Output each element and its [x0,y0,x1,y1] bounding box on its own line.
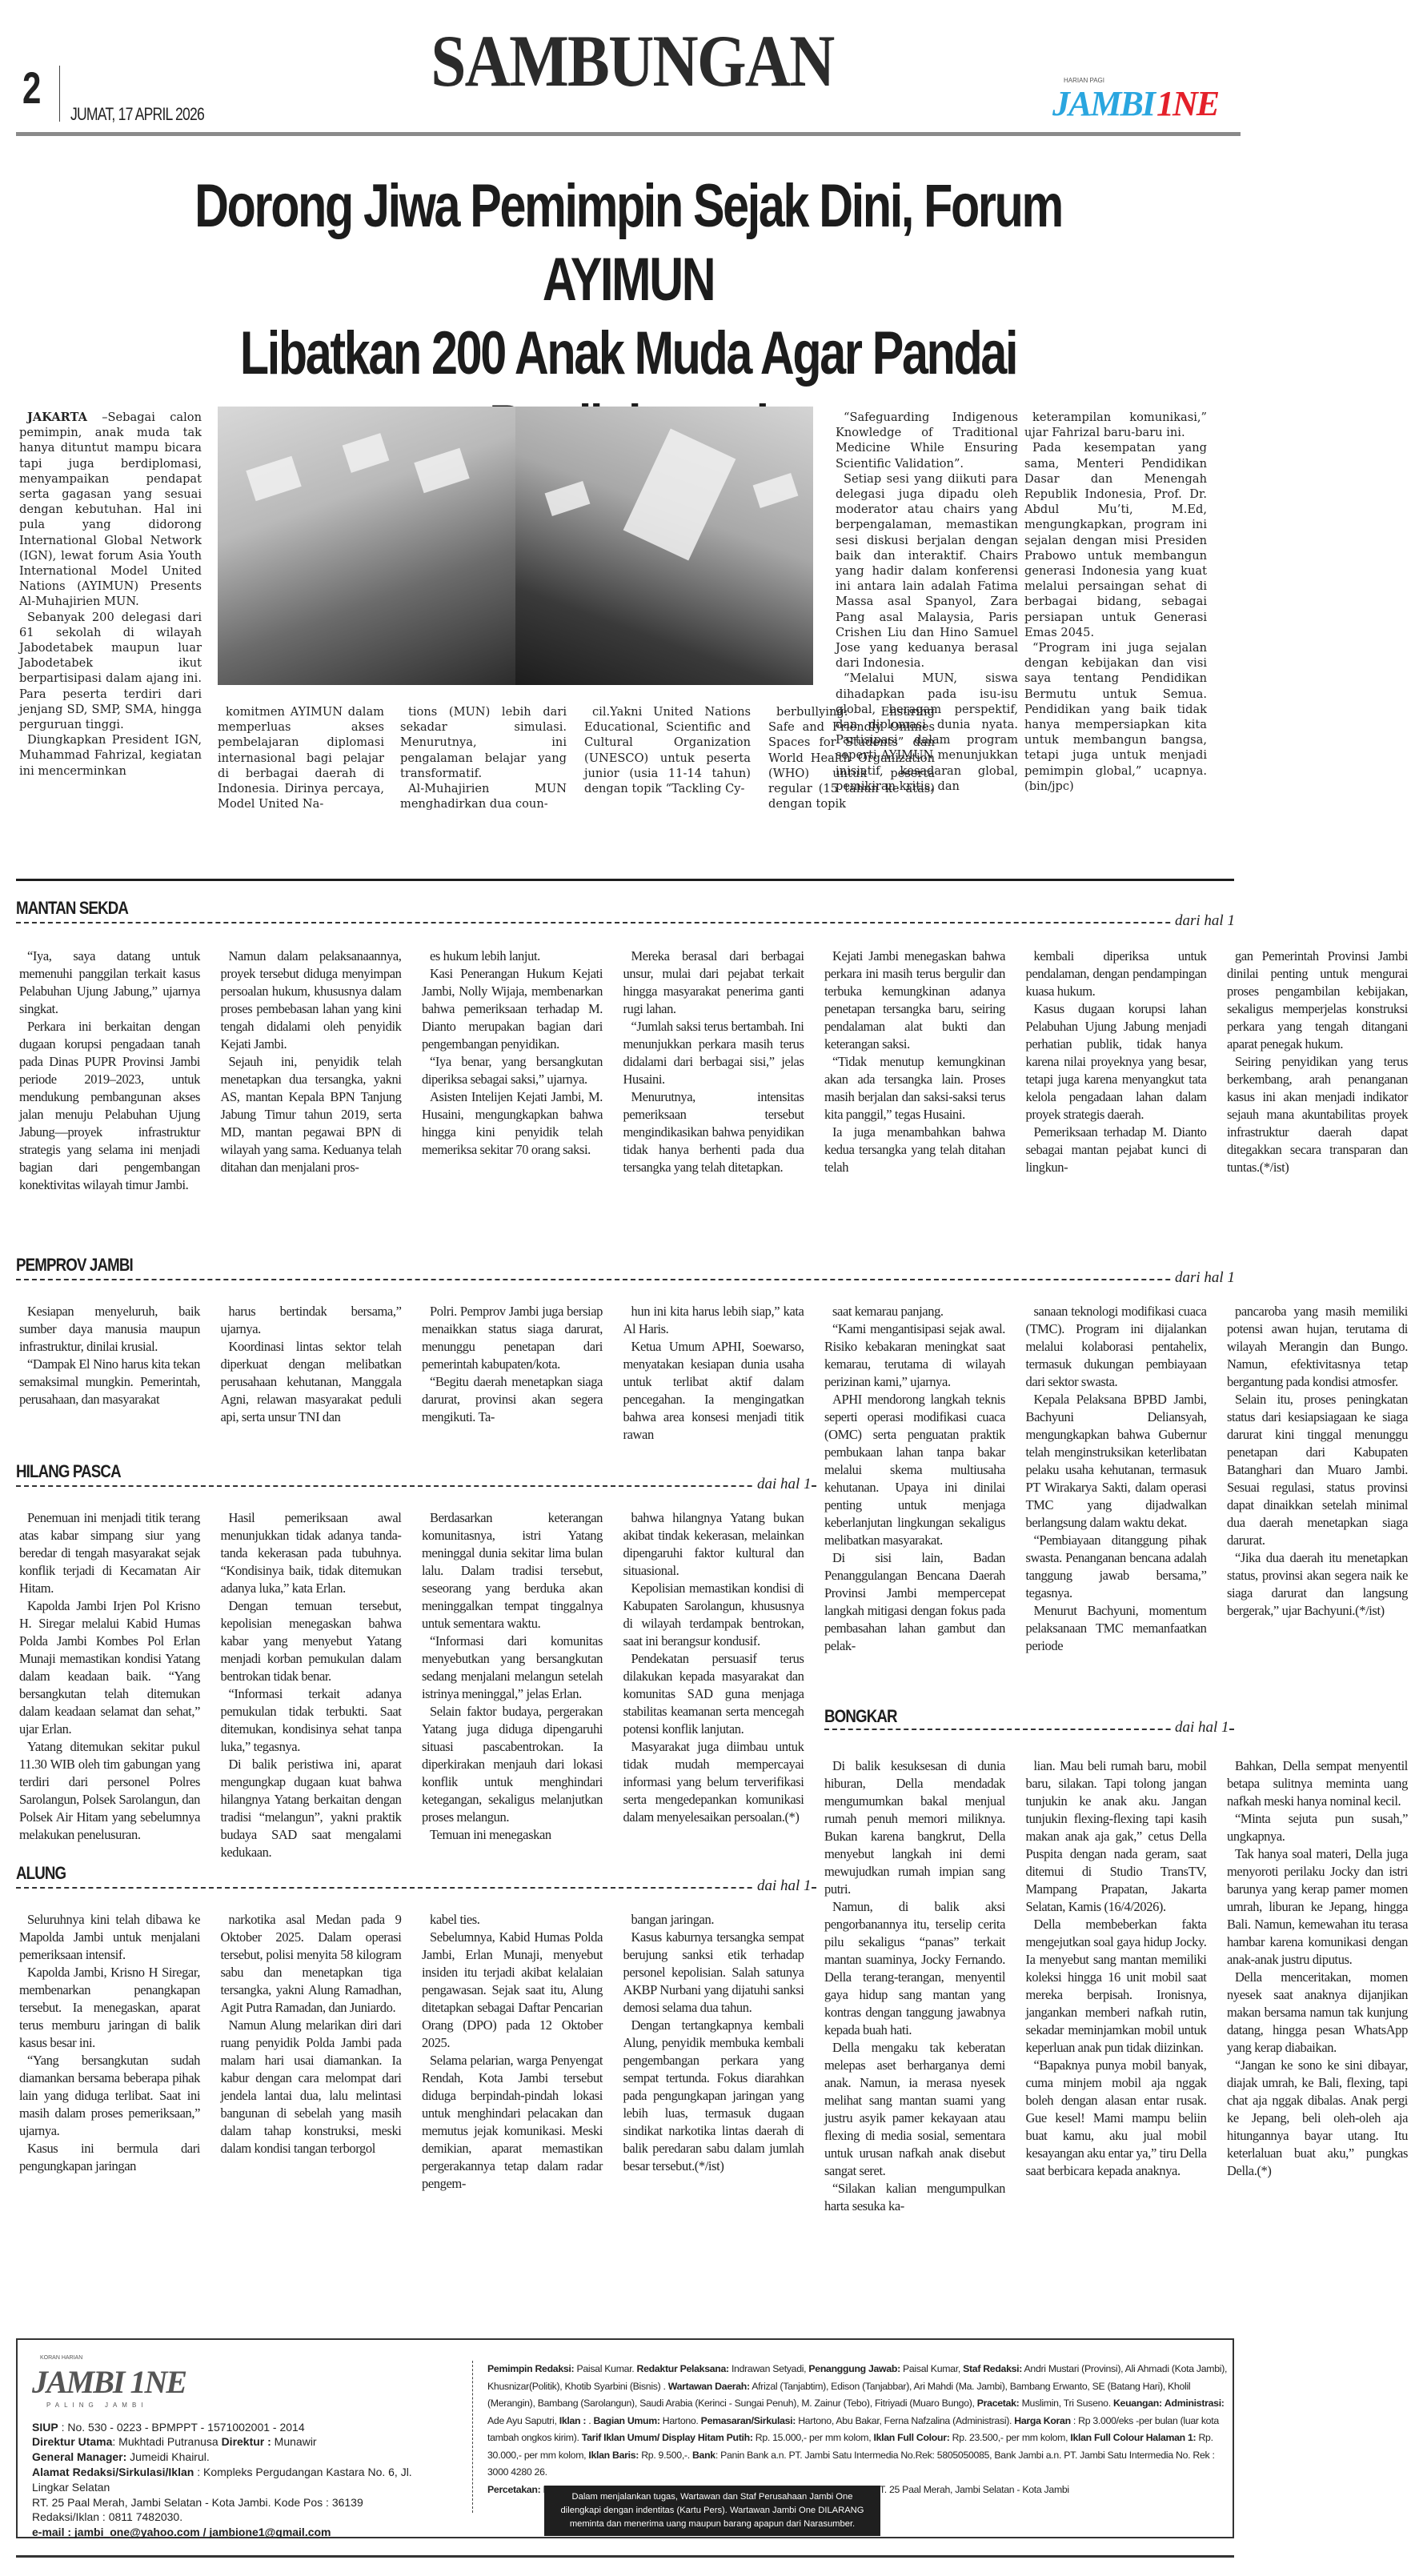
hilang-pasca-divider [16,1485,816,1487]
paragraph: Pada kesempatan yang sama, Menteri Pendi… [1024,440,1207,640]
paragraph: Setiap sesi yang diikuti para delegasi j… [836,471,1018,671]
paragraph: Temuan ini menegaskan [422,1826,603,1844]
mantan-sekda-column-7: gan Pemerintah Provinsi Jambi dinilai pe… [1227,947,1408,1176]
paragraph: Selain itu, proses peningkatan status da… [1227,1391,1408,1549]
paragraph: “Jika dua daerah itu menetapkan status, … [1227,1549,1408,1620]
press-notice: Dalam menjalankan tugas, Wartawan dan St… [544,2486,880,2536]
paragraph: “Kami mengantisipasi sejak awal. Risiko … [824,1320,1005,1391]
hilang-pasca-column-4: bahwa hilangnya Yatang bukan akibat tind… [623,1509,804,1826]
imprint-label: Redaktur Pelaksana: [637,2363,729,2374]
paragraph: hun ini kita harus lebih siap,” kata Al … [623,1303,804,1338]
paragraph: Yatang ditemukan sekitar pukul 11.30 WIB… [19,1738,200,1844]
paragraph: Pendekatan persuasif terus dilakukan kep… [623,1650,804,1738]
paragraph: “Informasi dari komunitas menyebutkan ya… [422,1633,603,1703]
paragraph: saat kemarau panjang. [824,1303,1005,1320]
imprint-label: Tarif Iklan Umum/ Display Hitam Putih: [582,2432,753,2443]
imprint-value: Hartono, Abu Bakar, Ferna Nafzalina (Adm… [796,2415,1014,2426]
article-column-1: JAKARTA –Sebagai calon pemimpin, anak mu… [19,410,202,779]
paragraph: “Bapaknya punya mobil banyak, cuma minje… [1026,2057,1207,2180]
paragraph: Seiring penyidikan yang terus berkembang… [1227,1053,1408,1176]
paragraph: Asisten Intelijen Kejati Jambi, M. Husai… [422,1088,603,1159]
paragraph: Kepolisian memastikan kondisi di Kabupat… [623,1580,804,1650]
paragraph: Kasus kaburnya tersangka sempat berujung… [623,1929,804,2017]
paragraph: Kejati Jambi menegaskan bahwa perkara in… [824,947,1005,1053]
paragraph: harus bertindak bersama,” ujarnya. [221,1303,402,1338]
paragraph: JAKARTA –Sebagai calon pemimpin, anak mu… [19,410,202,610]
paragraph: “Jangan ke sono ke sini dibayar, diajak … [1227,2057,1408,2180]
pemprov-jambi-continued-from: dari hal 1 [1172,1269,1235,1287]
article-column-6: “Safeguarding Indigenous Knowledge of Tr… [836,410,1018,794]
paragraph: Kasus ini bermula dari pengungkapan jari… [19,2140,200,2175]
paragraph: Diungkapkan President IGN, Muhammad Fahr… [19,732,202,779]
masthead-divider [59,66,60,122]
mantan-sekda-continued-from: dari hal 1 [1172,912,1235,930]
alung-column-1: Seluruhnya kini telah dibawa ke Mapolda … [19,1911,200,2175]
paragraph: Kepala Pelaksana BPBD Jambi, Bachyuni De… [1026,1391,1207,1532]
imprint-label: Pracetak: [977,2398,1020,2409]
section-title: SAMBUNGAN [426,24,839,98]
paragraph: Seluruhnya kini telah dibawa ke Mapolda … [19,1911,200,1964]
paragraph: “Begitu daerah menetapkan siaga darurat,… [422,1373,603,1426]
paragraph: sanaan teknologi modifikasi cuaca (TMC).… [1026,1303,1207,1391]
paragraph: “Minta sejuta pun susah,” ungkapnya. [1227,1810,1408,1845]
hilang-pasca-column-2: Hasil pemeriksaan awal menunjukkan tidak… [221,1509,402,1861]
imprint-value: Paisal Kumar. [574,2363,636,2374]
imprint-line: SIUP : No. 530 - 0223 - BPMPPT - 1571002… [32,2420,432,2435]
imprint-left: KORAN HARIAN JAMBI 1NE PALING JAMBI SIUP… [32,2351,432,2540]
paragraph: narkotika asal Medan pada 9 Oktober 2025… [221,1911,402,2017]
article-photo-left [218,407,515,685]
bongkar-continued-from: dai hal 1 [1172,1719,1229,1737]
imprint-value: Rp. 15.000,- per mm kolom, [753,2432,874,2443]
mantan-sekda-title: MANTAN SEKDA [16,898,128,919]
article-column-7: keterampilan komunikasi,” ujar Fahrizal … [1024,410,1207,794]
paragraph: Sejauh ini, penyidik telah menetapkan du… [221,1053,402,1176]
mantan-sekda-column-6: kembali diperiksa untuk pendalaman, deng… [1026,947,1207,1176]
alung-title: ALUNG [16,1863,66,1884]
imprint-line: General Manager: Jumeidi Khairul. [32,2450,432,2465]
mantan-sekda-column-5: Kejati Jambi menegaskan bahwa perkara in… [824,947,1005,1176]
article-column-3: tions (MUN) lebih dari sekadar simulasi.… [400,704,567,811]
page-number: 2 [22,66,41,110]
imprint-label: Iklan Full Colour Halaman 1: [1070,2432,1196,2443]
article-column-4: cil.Yakni United Nations Educational, Sc… [584,704,751,796]
issue-date: JUMAT, 17 APRIL 2026 [70,104,204,125]
paragraph: Hasil pemeriksaan awal menunjukkan tidak… [221,1509,402,1597]
paragraph: Koordinasi lintas sektor telah diperkuat… [221,1338,402,1426]
hilang-pasca-column-3: Berdasarkan keterangan komunitasnya, ist… [422,1509,603,1844]
imprint-line: e-mail : jambi_one@yahoo.com / jambione1… [32,2525,432,2540]
pemprov-jambi-column-3: Polri. Pemprov Jambi juga bersiap menaik… [422,1303,603,1426]
imprint-label: Wartawan Daerah: [668,2381,750,2392]
paragraph: Kapolda Jambi Irjen Pol Krisno H. Sirega… [19,1597,200,1738]
paragraph: “Iya, saya datang untuk memenuhi panggil… [19,947,200,1018]
paragraph: gan Pemerintah Provinsi Jambi dinilai pe… [1227,947,1408,1053]
paragraph: “Safeguarding Indigenous Knowledge of Tr… [836,410,1018,471]
paragraph: Di balik peristiwa ini, aparat mengungka… [221,1756,402,1861]
bongkar-column-2: lian. Mau beli rumah baru, mobil baru, s… [1026,1757,1207,2180]
mantan-sekda-column-3: es hukum lebih lanjut.Kasi Penerangan Hu… [422,947,603,1159]
imprint-value: Paisal Kumar, [900,2363,963,2374]
logo-jambi: JAMBI [1052,83,1154,124]
alung-divider [16,1887,816,1889]
imprint-line: Redaksi/Iklan : 0811 7482030. [32,2510,432,2525]
paragraph: “Pembiayaan ditanggung pihak swasta. Pen… [1026,1532,1207,1602]
pemprov-jambi-column-2: harus bertindak bersama,” ujarnya.Koordi… [221,1303,402,1426]
paragraph: “Melalui MUN, siswa dihadapkan pada isu-… [836,671,1018,794]
pemprov-jambi-column-7: pancaroba yang masih memiliki potensi aw… [1227,1303,1408,1620]
imprint-label: Iklan Baris: [588,2450,639,2461]
paragraph: cil.Yakni United Nations Educational, Sc… [584,704,751,796]
paragraph: “Dampak El Nino harus kita tekan semaksi… [19,1356,200,1408]
bongkar-column-1: Di balik kesuksesan di dunia hiburan, De… [824,1757,1005,2215]
paragraph: APHI mendorong langkah teknis seperti op… [824,1391,1005,1549]
newspaper-logo: HARIAN PAGI JAMBI 1NE [1052,77,1245,125]
paragraph: Ia juga menambahkan bahwa kedua tersangk… [824,1124,1005,1176]
logo-one: 1NE [1156,83,1218,124]
hilang-pasca-column-1: Penemuan ini menjadi titik terang atas k… [19,1509,200,1844]
imprint-value: . [586,2415,593,2426]
imprint-value: Rp. 23.500,- per mm kolom, [950,2432,1071,2443]
pemprov-jambi-column-5: saat kemarau panjang.“Kami mengantisipas… [824,1303,1005,1655]
imprint-line: RT. 25 Paal Merah, Jambi Selatan - Kota … [32,2495,432,2510]
paragraph: “Program ini juga sejalan dengan kebijak… [1024,640,1207,794]
paragraph: Della mengaku tak keberatan melepas aset… [824,2039,1005,2180]
paragraph: Menurut Bachyuni, momentum pelaksanaan T… [1026,1602,1207,1655]
article-photo-right [515,407,813,685]
paragraph: Di balik kesuksesan di dunia hiburan, De… [824,1757,1005,1898]
paragraph: Selain faktor budaya, pergerakan Yatang … [422,1703,603,1826]
paragraph: Perkara ini berkaitan dengan dugaan koru… [19,1018,200,1194]
imprint-label: Pemasaran/Sirkulasi: [701,2415,796,2426]
paragraph: Al-Muhajirien MUN menghadirkan dua coun- [400,781,567,811]
pemprov-jambi-divider [16,1279,1234,1280]
imprint-label: Keuangan: [1113,2398,1162,2409]
paragraph: bangan jaringan. [623,1911,804,1929]
paragraph: Della membeberkan fakta mengejutkan soal… [1026,1916,1207,2057]
pemprov-jambi-column-6: sanaan teknologi modifikasi cuaca (TMC).… [1026,1303,1207,1655]
headline-line-1: Dorong Jiwa Pemimpin Sejak Dini, Forum A… [150,170,1105,317]
imprint-label: Iklan : [559,2415,586,2426]
paragraph: Pemeriksaan terhadap M. Dianto sebagai m… [1026,1124,1207,1176]
imprint-value: Hartono. [660,2415,701,2426]
paragraph: Penemuan ini menjadi titik terang atas k… [19,1509,200,1597]
paragraph: Kesiapan menyeluruh, baik sumber daya ma… [19,1303,200,1356]
imprint-label: Harga Koran [1014,2415,1071,2426]
paragraph: Bahkan, Della sempat menyentil betapa su… [1227,1757,1408,1810]
paragraph: Namun Alung melarikan diri dari ruang pe… [221,2017,402,2157]
paragraph: Dengan temuan tersebut, kepolisian meneg… [221,1597,402,1685]
paragraph: kabel ties. [422,1911,603,1929]
mantan-sekda-column-4: Mereka berasal dari berbagai unsur, mula… [623,947,804,1176]
paragraph: “Iya benar, yang bersangkutan diperiksa … [422,1053,603,1088]
imprint-label: Bagian Umum: [594,2415,660,2426]
paragraph: “Silakan kalian mengumpulkan harta sesuk… [824,2180,1005,2215]
paragraph: Masyarakat juga diimbau untuk tidak muda… [623,1738,804,1826]
imprint-value: Indrawan Setyadi, [729,2363,809,2374]
paragraph: Namun, di balik aksi pengorbanannya itu,… [824,1898,1005,2039]
imprint-value: Ade Ayu Saputri, [487,2415,559,2426]
imprint-line: Alamat Redaksi/Sirkulasi/Iklan : Komplek… [32,2465,432,2495]
article-column-2: komitmen AYIMUN dalam memperluas akses p… [218,704,384,811]
paragraph: Sebanyak 200 delegasi dari 61 sekolah di… [19,610,202,733]
paragraph: “Jumlah saksi terus bertambah. Ini menun… [623,1018,804,1088]
imprint-label: Staf Redaksi: [963,2363,1022,2374]
hilang-pasca-title: HILANG PASCA [16,1461,121,1482]
imprint-label: Bank [692,2450,716,2461]
paragraph: Di sisi lain, Badan Penanggulangan Benca… [824,1549,1005,1655]
paragraph: komitmen AYIMUN dalam memperluas akses p… [218,704,384,811]
paragraph: keterampilan komunikasi,” ujar Fahrizal … [1024,410,1207,440]
paragraph: Sebelumnya, Kabid Humas Polda Jambi, Erl… [422,1929,603,2052]
alung-continued-from: dai hal 1 [754,1877,812,1895]
paragraph: Dengan tertangkapnya kembali Alung, peny… [623,2017,804,2175]
paragraph: Namun dalam pelaksanaannya, proyek terse… [221,947,402,1053]
imprint-line: Direktur Utama: Mukhtadi Putranusa Direk… [32,2434,432,2450]
paragraph: kembali diperiksa untuk pendalaman, deng… [1026,947,1207,1000]
pemprov-jambi-column-1: Kesiapan menyeluruh, baik sumber daya ma… [19,1303,200,1408]
alung-column-2: narkotika asal Medan pada 9 Oktober 2025… [221,1911,402,2157]
bongkar-title: BONGKAR [824,1706,897,1727]
paragraph: es hukum lebih lanjut. [422,947,603,965]
alung-column-4: bangan jaringan.Kasus kaburnya tersangka… [623,1911,804,2175]
article-divider [16,879,1234,881]
paragraph: Mereka berasal dari berbagai unsur, mula… [623,947,804,1018]
paragraph: Polri. Pemprov Jambi juga bersiap menaik… [422,1303,603,1373]
paragraph: bahwa hilangnya Yatang bukan akibat tind… [623,1509,804,1580]
imprint-label: Pemimpin Redaksi: [487,2363,574,2374]
masthead-rule [16,132,1241,136]
paragraph: lian. Mau beli rumah baru, mobil baru, s… [1026,1757,1207,1916]
imprint-label: Administrasi: [1164,2398,1225,2409]
paragraph: Della menceritakan, momen nyesek saat an… [1227,1969,1408,2057]
paragraph: Selama pelarian, warga Penyengat Rendah,… [422,2052,603,2193]
paragraph: Kasi Penerangan Hukum Kejati Jambi, Noll… [422,965,603,1053]
footer-logo: KORAN HARIAN JAMBI 1NE PALING JAMBI [32,2351,432,2414]
mantan-sekda-divider [16,922,1234,923]
paragraph: Menurutnya, intensitas pemeriksaan terse… [623,1088,804,1176]
paragraph: “Informasi terkait adanya pemukulan tida… [221,1685,402,1756]
paragraph: “Tidak menutup kemungkinan akan ada ters… [824,1053,1005,1124]
paragraph: Kasus dugaan korupsi lahan Pelabuhan Uju… [1026,1000,1207,1124]
mantan-sekda-column-1: “Iya, saya datang untuk memenuhi panggil… [19,947,200,1194]
pemprov-jambi-title: PEMPROV JAMBI [16,1255,133,1276]
paragraph: pancaroba yang masih memiliki potensi aw… [1227,1303,1408,1391]
pemprov-jambi-column-4: hun ini kita harus lebih siap,” kata Al … [623,1303,804,1444]
paragraph: Berdasarkan keterangan komunitasnya, ist… [422,1509,603,1633]
bottom-rule [16,2555,1234,2558]
imprint-label: Penanggung Jawab: [808,2363,900,2374]
imprint-value: Muslimin, Tri Suseno. [1019,2398,1112,2409]
paragraph: Kapolda Jambi, Krisno H Siregar, membena… [19,1964,200,2052]
alung-column-3: kabel ties.Sebelumnya, Kabid Humas Polda… [422,1911,603,2193]
paragraph: “Yang bersangkutan sudah diamankan bersa… [19,2052,200,2140]
paragraph: tions (MUN) lebih dari sekadar simulasi.… [400,704,567,781]
imprint-label: Iklan Full Colour: [873,2432,949,2443]
imprint-value: Rp. 9.500,-. [639,2450,692,2461]
paragraph: Tak hanya soal materi, Della juga menyor… [1227,1845,1408,1969]
mantan-sekda-column-2: Namun dalam pelaksanaannya, proyek terse… [221,947,402,1176]
hilang-pasca-continued-from: dai hal 1 [754,1476,812,1493]
paragraph: Ketua Umum APHI, Soewarso, menyatakan ke… [623,1338,804,1444]
bongkar-column-3: Bahkan, Della sempat menyentil betapa su… [1227,1757,1408,2180]
